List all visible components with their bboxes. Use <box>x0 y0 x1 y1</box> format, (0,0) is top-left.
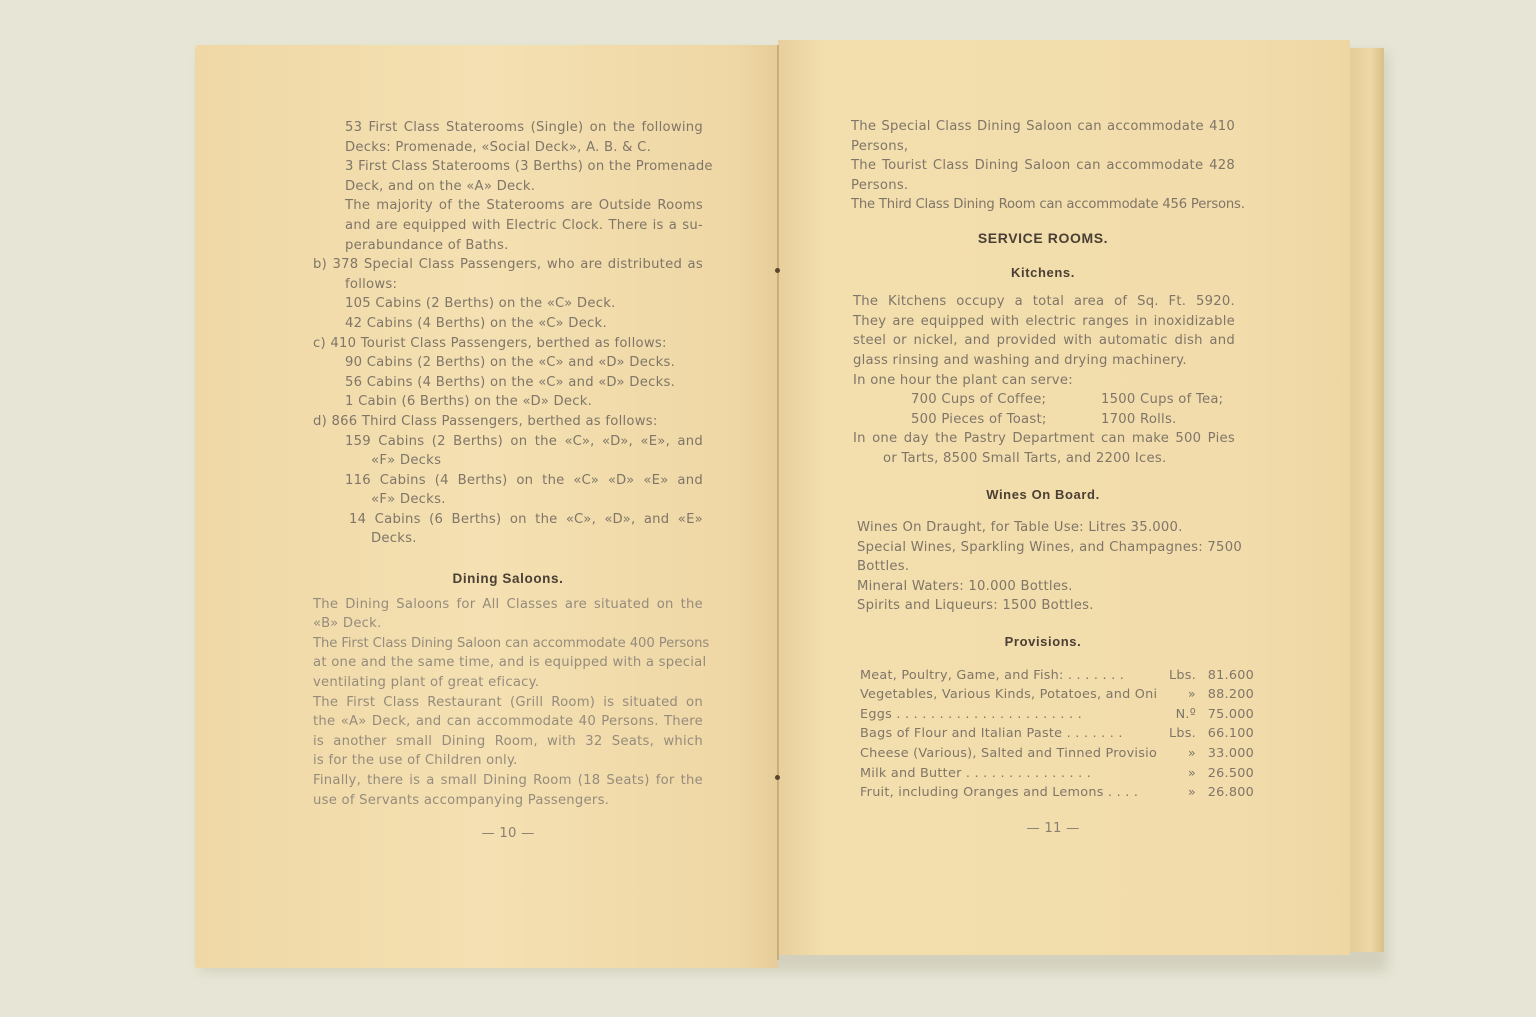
text-line: The Dining Saloons for All Classes are s… <box>313 595 703 615</box>
provision-quantity: 26.800 <box>1196 783 1254 803</box>
provision-row: Meat, Poultry, Game, and Fish: . . . . .… <box>860 666 1254 686</box>
provision-label: Fruit, including Oranges and Lemons . . … <box>860 783 1158 803</box>
serve-item: 700 Cups of Coffee; <box>911 390 1101 410</box>
provision-quantity: 33.000 <box>1196 744 1254 764</box>
subsection-heading: Wines On Board. <box>851 485 1235 505</box>
serve-row: 700 Cups of Coffee; 1500 Cups of Tea; <box>853 390 1235 410</box>
serve-row: 500 Pieces of Toast; 1700 Rolls. <box>853 410 1235 430</box>
text-line: Decks: Promenade, «Social Deck», A. B. &… <box>345 138 703 158</box>
serve-item: 1700 Rolls. <box>1101 410 1177 430</box>
provision-label: Eggs . . . . . . . . . . . . . . . . . .… <box>860 705 1158 725</box>
kitchens-block: The Kitchens occupy a total area of Sq. … <box>853 292 1235 468</box>
list-item: 56 Cabins (4 Berths) on the «C» and «D» … <box>313 373 703 393</box>
list-item: 105 Cabins (2 Berths) on the «C» Deck. <box>313 294 703 314</box>
list-item: 116 Cabins (4 Berths) on the «C» «D» «E»… <box>313 471 703 491</box>
provision-quantity: 75.000 <box>1196 705 1254 725</box>
text-line: Persons. <box>851 176 1235 196</box>
serve-item: 1500 Cups of Tea; <box>1101 390 1223 410</box>
provision-unit: » <box>1158 744 1196 764</box>
wines-block: Wines On Draught, for Table Use: Litres … <box>857 518 1235 616</box>
list-item: «F» Decks <box>313 451 703 471</box>
staple-icon <box>775 775 780 780</box>
text-line: Deck, and on the «A» Deck. <box>345 177 703 197</box>
provision-label: Meat, Poultry, Game, and Fish: . . . . .… <box>860 666 1158 686</box>
text-line: or Tarts, 8500 Small Tarts, and 2200 Ice… <box>853 449 1235 469</box>
provision-unit: Lbs. <box>1158 666 1196 686</box>
list-item: 159 Cabins (2 Berths) on the «C», «D», «… <box>313 432 703 452</box>
text-line: The Tourist Class Dining Saloon can acco… <box>851 156 1235 176</box>
staterooms-block: 53 First Class Staterooms (Single) on th… <box>313 118 703 255</box>
page-number: — 11 — <box>871 819 1235 839</box>
text-line: Mineral Waters: 10.000 Bottles. <box>857 577 1235 597</box>
provision-unit: N.º <box>1158 705 1196 725</box>
text-line: steel or nickel, and provided with autom… <box>853 331 1235 351</box>
provision-quantity: 88.200 <box>1196 685 1254 705</box>
text-line: Persons, <box>851 137 1235 157</box>
text-line: is for the use of Children only. <box>313 751 703 771</box>
provision-row: Vegetables, Various Kinds, Potatoes, and… <box>860 685 1254 705</box>
text-line: at one and the same time, and is equippe… <box>313 653 703 673</box>
provision-label: Cheese (Various), Salted and Tinned Prov… <box>860 744 1158 764</box>
text-line: use of Servants accompanying Passengers. <box>313 791 703 811</box>
provision-quantity: 81.600 <box>1196 666 1254 686</box>
provision-row: Fruit, including Oranges and Lemons . . … <box>860 783 1254 803</box>
provision-unit: Lbs. <box>1158 724 1196 744</box>
provision-unit: » <box>1158 764 1196 784</box>
text-line: Spirits and Liqueurs: 1500 Bottles. <box>857 596 1235 616</box>
text-line: 3 First Class Staterooms (3 Berths) on t… <box>345 157 703 177</box>
provisions-table: Meat, Poultry, Game, and Fish: . . . . .… <box>860 666 1254 803</box>
text-line: d) 866 Third Class Passengers, berthed a… <box>313 412 703 432</box>
text-line: ventilating plant of great eficacy. <box>313 673 703 693</box>
list-item: 1 Cabin (6 Berths) on the «D» Deck. <box>313 392 703 412</box>
page-number: — 10 — <box>313 824 703 844</box>
provision-label: Bags of Flour and Italian Paste . . . . … <box>860 724 1158 744</box>
provision-unit: » <box>1158 783 1196 803</box>
text-line: the «A» Deck, and can accommodate 40 Per… <box>313 712 703 732</box>
text-line: Wines On Draught, for Table Use: Litres … <box>857 518 1235 538</box>
dining-saloons-block: The Dining Saloons for All Classes are s… <box>313 595 703 811</box>
text-line: In one day the Pastry Department can mak… <box>853 429 1235 449</box>
provision-row: Milk and Butter . . . . . . . . . . . . … <box>860 764 1254 784</box>
provision-quantity: 66.100 <box>1196 724 1254 744</box>
dining-capacity-block: The Special Class Dining Saloon can acco… <box>851 117 1235 215</box>
list-item: 90 Cabins (2 Berths) on the «C» and «D» … <box>313 353 703 373</box>
text-line: The Special Class Dining Saloon can acco… <box>851 117 1235 137</box>
text-line: is another small Dining Room, with 32 Se… <box>313 732 703 752</box>
serve-item: 500 Pieces of Toast; <box>911 410 1101 430</box>
text-line: and are equipped with Electric Clock. Th… <box>345 216 703 236</box>
book-spine <box>777 45 779 960</box>
list-item: Decks. <box>313 529 703 549</box>
text-line: perabundance of Baths. <box>345 236 703 256</box>
text-line: Bottles. <box>857 557 1235 577</box>
section-heading: Dining Saloons. <box>313 569 703 589</box>
text-line: Special Wines, Sparkling Wines, and Cham… <box>857 538 1235 558</box>
text-line: The Third Class Dining Room can accommod… <box>851 195 1235 215</box>
tourist-class-block: c) 410 Tourist Class Passengers, berthed… <box>313 334 703 412</box>
provision-row: Bags of Flour and Italian Paste . . . . … <box>860 724 1254 744</box>
staple-icon <box>775 268 780 273</box>
right-page-text: The Special Class Dining Saloon can acco… <box>851 117 1235 838</box>
provision-label: Milk and Butter . . . . . . . . . . . . … <box>860 764 1158 784</box>
text-line: They are equipped with electric ranges i… <box>853 312 1235 332</box>
provision-unit: » <box>1158 685 1196 705</box>
text-line: follows: <box>313 275 703 295</box>
text-line: glass rinsing and washing and drying mac… <box>853 351 1235 371</box>
left-page-text: 53 First Class Staterooms (Single) on th… <box>313 118 703 844</box>
third-class-block: d) 866 Third Class Passengers, berthed a… <box>313 412 703 549</box>
provision-label: Vegetables, Various Kinds, Potatoes, and… <box>860 685 1158 705</box>
section-heading: SERVICE ROOMS. <box>851 229 1235 249</box>
text-line: 53 First Class Staterooms (Single) on th… <box>345 118 703 138</box>
page-fold-edge <box>1350 48 1384 952</box>
list-item: 42 Cabins (4 Berths) on the «C» Deck. <box>313 314 703 334</box>
text-line: The First Class Dining Saloon can accomm… <box>313 634 703 654</box>
provision-row: Eggs . . . . . . . . . . . . . . . . . .… <box>860 705 1254 725</box>
text-line: The First Class Restaurant (Grill Room) … <box>313 693 703 713</box>
subsection-heading: Provisions. <box>851 632 1235 652</box>
list-item: «F» Decks. <box>313 490 703 510</box>
text-line: The majority of the Staterooms are Outsi… <box>345 196 703 216</box>
text-line: «B» Deck. <box>313 614 703 634</box>
text-line: In one hour the plant can serve: <box>853 371 1235 391</box>
list-item: 14 Cabins (6 Berths) on the «C», «D», an… <box>313 510 703 530</box>
text-line: b) 378 Special Class Passengers, who are… <box>313 255 703 275</box>
provision-row: Cheese (Various), Salted and Tinned Prov… <box>860 744 1254 764</box>
special-class-block: b) 378 Special Class Passengers, who are… <box>313 255 703 333</box>
provision-quantity: 26.500 <box>1196 764 1254 784</box>
text-line: The Kitchens occupy a total area of Sq. … <box>853 292 1235 312</box>
subsection-heading: Kitchens. <box>851 263 1235 283</box>
text-line: Finally, there is a small Dining Room (1… <box>313 771 703 791</box>
text-line: c) 410 Tourist Class Passengers, berthed… <box>313 334 703 354</box>
